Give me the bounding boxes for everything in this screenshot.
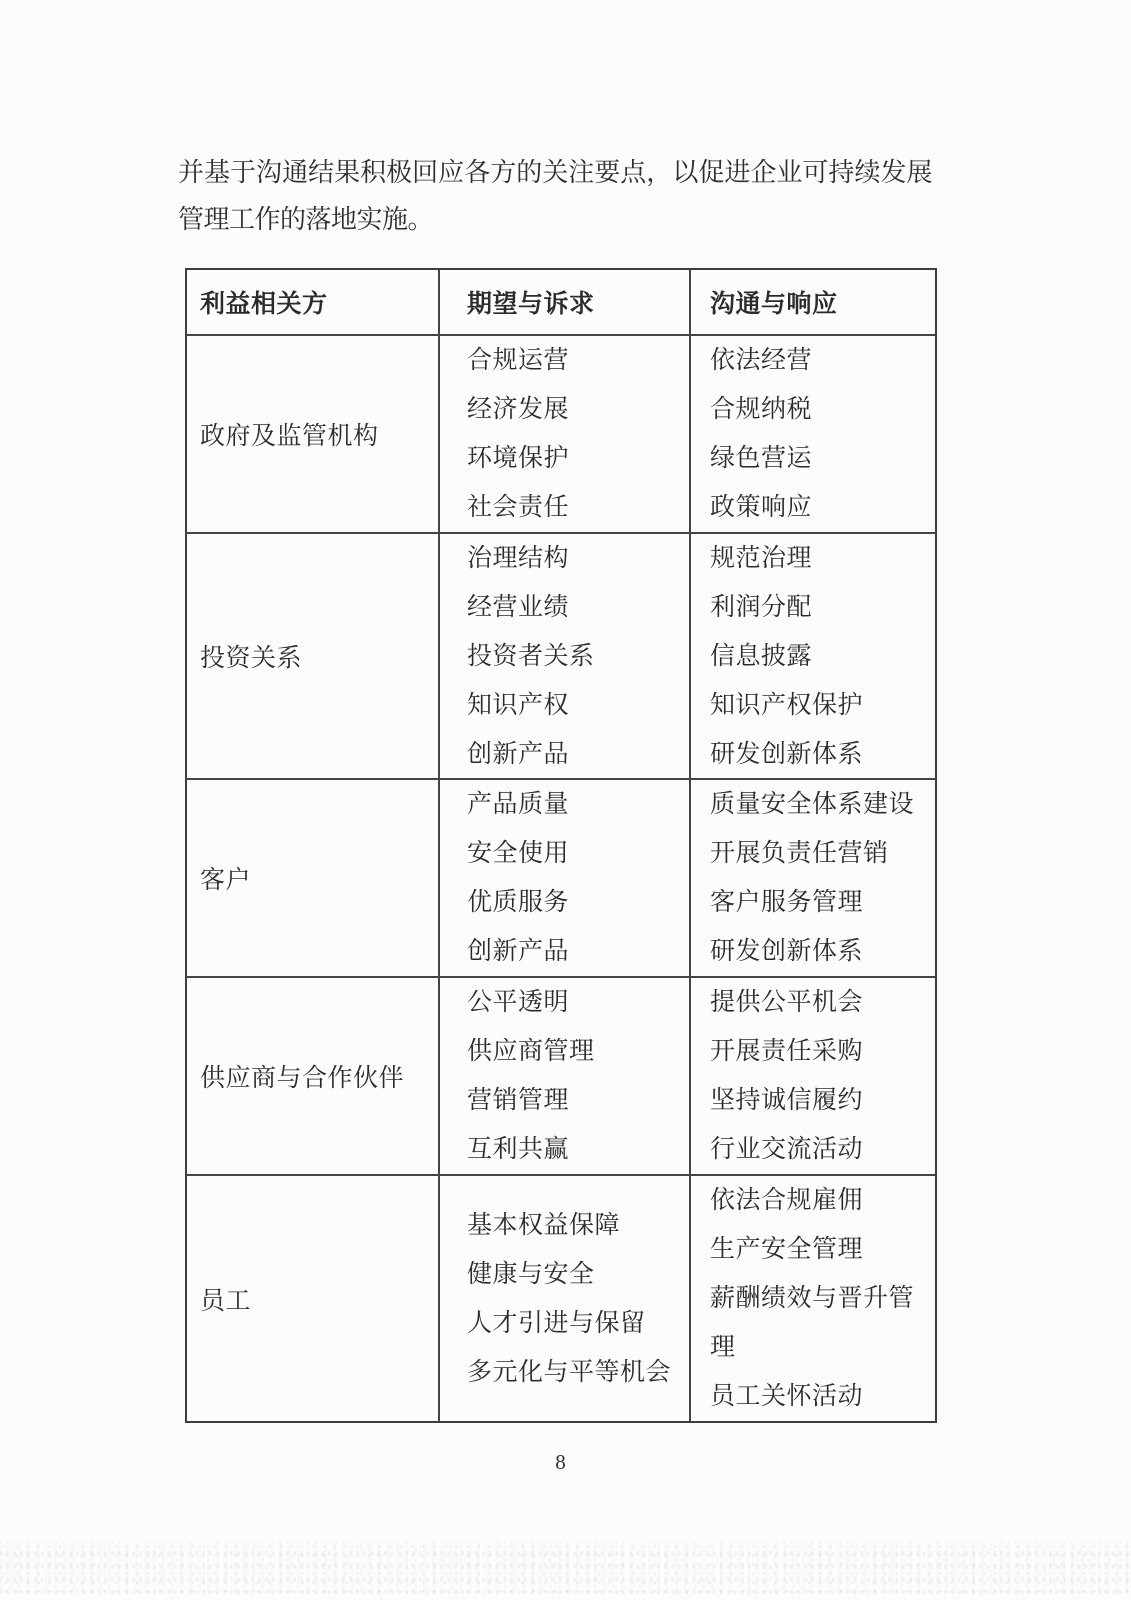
- stakeholder-cell: 员工: [187, 1176, 438, 1421]
- expectations-cell: 产品质量 安全使用 优质服务 创新产品: [438, 780, 689, 976]
- expectations-cell: 基本权益保障 健康与安全 人才引进与保留 多元化与平等机会: [438, 1176, 689, 1421]
- responses-cell: 质量安全体系建设 开展负责任营销 客户服务管理 研发创新体系: [689, 780, 935, 976]
- responses-cell: 提供公平机会 开展责任采购 坚持诚信履约 行业交流活动: [689, 978, 935, 1174]
- stakeholder-table: 利益相关方 期望与诉求 沟通与响应 政府及监管机构合规运营 经济发展 环境保护 …: [185, 268, 937, 1423]
- table-header-row: 利益相关方 期望与诉求 沟通与响应: [187, 270, 935, 334]
- scan-artifact: [0, 1542, 1131, 1594]
- expectations-cell: 治理结构 经营业绩 投资者关系 知识产权 创新产品: [438, 534, 689, 778]
- stakeholder-cell: 客户: [187, 780, 438, 976]
- col-header-responses: 沟通与响应: [689, 270, 935, 334]
- table-row: 供应商与合作伙伴公平透明 供应商管理 营销管理 互利共赢提供公平机会 开展责任采…: [187, 976, 935, 1174]
- table-row: 客户产品质量 安全使用 优质服务 创新产品质量安全体系建设 开展负责任营销 客户…: [187, 778, 935, 976]
- document-page: 并基于沟通结果积极回应各方的关注要点，以促进企业可持续发展管理工作的落地实施。 …: [0, 0, 1131, 1600]
- table-row: 员工基本权益保障 健康与安全 人才引进与保留 多元化与平等机会依法合规雇佣 生产…: [187, 1174, 935, 1421]
- responses-cell: 规范治理 利润分配 信息披露 知识产权保护 研发创新体系: [689, 534, 935, 778]
- expectations-cell: 公平透明 供应商管理 营销管理 互利共赢: [438, 978, 689, 1174]
- col-header-expectations: 期望与诉求: [438, 270, 689, 334]
- table-row: 政府及监管机构合规运营 经济发展 环境保护 社会责任依法经营 合规纳税 绿色营运…: [187, 334, 935, 532]
- expectations-cell: 合规运营 经济发展 环境保护 社会责任: [438, 336, 689, 532]
- intro-paragraph: 并基于沟通结果积极回应各方的关注要点，以促进企业可持续发展管理工作的落地实施。: [178, 149, 932, 243]
- responses-cell: 依法合规雇佣 生产安全管理 薪酬绩效与晋升管理 员工关怀活动: [689, 1176, 935, 1421]
- stakeholder-cell: 政府及监管机构: [187, 336, 438, 532]
- page-number: 8: [0, 1450, 1121, 1475]
- responses-cell: 依法经营 合规纳税 绿色营运 政策响应: [689, 336, 935, 532]
- table-row: 投资关系治理结构 经营业绩 投资者关系 知识产权 创新产品规范治理 利润分配 信…: [187, 532, 935, 778]
- stakeholder-cell: 投资关系: [187, 534, 438, 778]
- stakeholder-cell: 供应商与合作伙伴: [187, 978, 438, 1174]
- col-header-stakeholder: 利益相关方: [187, 270, 438, 334]
